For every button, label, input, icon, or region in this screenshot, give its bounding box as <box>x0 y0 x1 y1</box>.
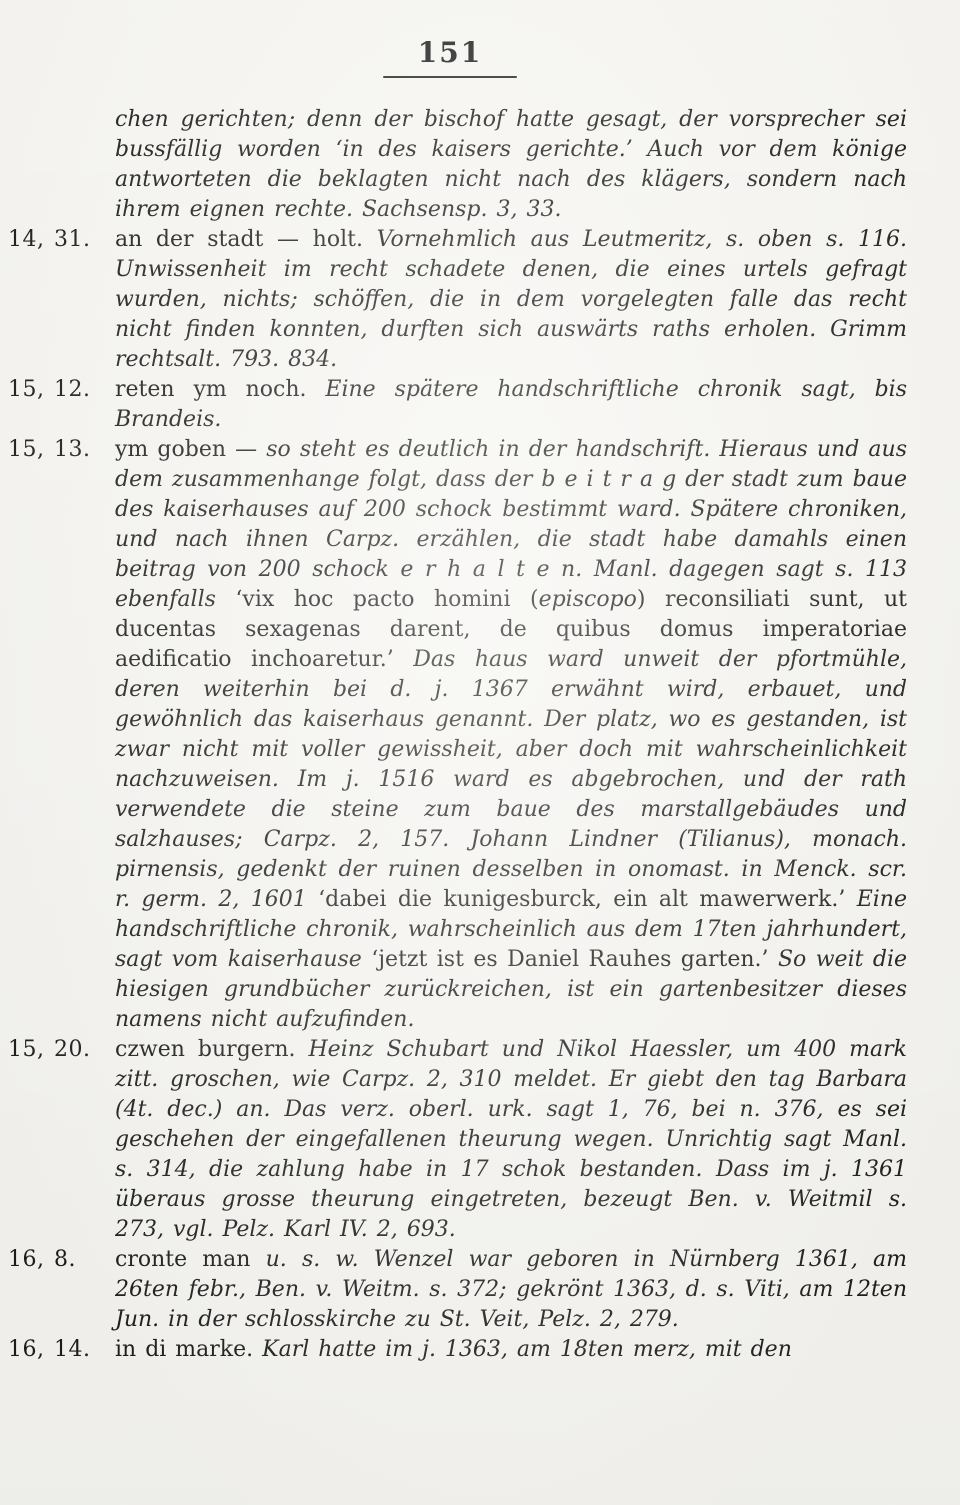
entry: 15, 20.czwen burgern. Heinz Schubart und… <box>115 1035 907 1245</box>
entry-text: in di marke. Karl hatte im j. 1363, am 1… <box>115 1337 792 1362</box>
text-segment: episcopo <box>539 587 637 612</box>
page-number: 151 <box>383 36 517 69</box>
margin-reference: 15, 12. <box>8 375 108 405</box>
text-segment: cronte man <box>115 1247 266 1272</box>
entry-text: reten ym noch. Eine spätere handschriftl… <box>115 377 907 432</box>
entry-text: chen gerichten; denn der bischof hatte g… <box>115 107 907 222</box>
text-segment: an der stadt — holt. <box>115 227 377 252</box>
entry: 15, 12.reten ym noch. Eine spätere hands… <box>115 375 907 435</box>
text-segment: so steht es deutlich in der handschrift.… <box>115 437 907 612</box>
text-segment: reten ym noch. <box>115 377 325 402</box>
text-segment: czwen burgern. <box>115 1037 308 1062</box>
text-segment: ‘vix hoc pacto homini ( <box>235 587 538 612</box>
text-segment: ‘jetzt ist es Daniel Rauhes garten.’ <box>371 947 778 972</box>
text-segment: Heinz Schubart und Nikol Haessler, um 40… <box>115 1037 907 1242</box>
margin-reference: 16, 14. <box>8 1335 108 1365</box>
text-segment: ‘dabei die kunigesburck, ein alt mawerwe… <box>318 887 857 912</box>
entry: 16, 14.in di marke. Karl hatte im j. 136… <box>115 1335 907 1365</box>
entry-text: czwen burgern. Heinz Schubart und Nikol … <box>115 1037 907 1242</box>
entries-container: chen gerichten; denn der bischof hatte g… <box>115 105 907 1365</box>
header-rule <box>383 76 517 78</box>
entry: 16, 8.cronte man u. s. w. Wenzel war geb… <box>115 1245 907 1335</box>
entry-text: an der stadt — holt. Vornehmlich aus Leu… <box>115 227 907 372</box>
entry: chen gerichten; denn der bischof hatte g… <box>115 105 907 225</box>
book-page: 151 chen gerichten; denn der bischof hat… <box>0 0 960 1365</box>
entry-text: ym goben — so steht es deutlich in der h… <box>115 437 907 1032</box>
entry-text: cronte man u. s. w. Wenzel war geboren i… <box>115 1247 907 1332</box>
text-segment: Das haus ward unweit der pfortmühle, der… <box>115 647 907 912</box>
margin-reference: 15, 13. <box>8 435 108 465</box>
entry: 14, 31.an der stadt — holt. Vornehmlich … <box>115 225 907 375</box>
entry: 15, 13.ym goben — so steht es deutlich i… <box>115 435 907 1035</box>
text-segment: Karl hatte im j. 1363, am 18ten merz, mi… <box>262 1337 792 1362</box>
margin-reference: 15, 20. <box>8 1035 108 1065</box>
text-segment: chen gerichten; denn der bischof hatte g… <box>115 107 907 222</box>
page-header: 151 <box>383 36 517 78</box>
text-segment: ym goben — <box>115 437 266 462</box>
margin-reference: 14, 31. <box>8 225 108 255</box>
margin-reference: 16, 8. <box>8 1245 108 1275</box>
text-segment: in di marke. <box>115 1337 262 1362</box>
